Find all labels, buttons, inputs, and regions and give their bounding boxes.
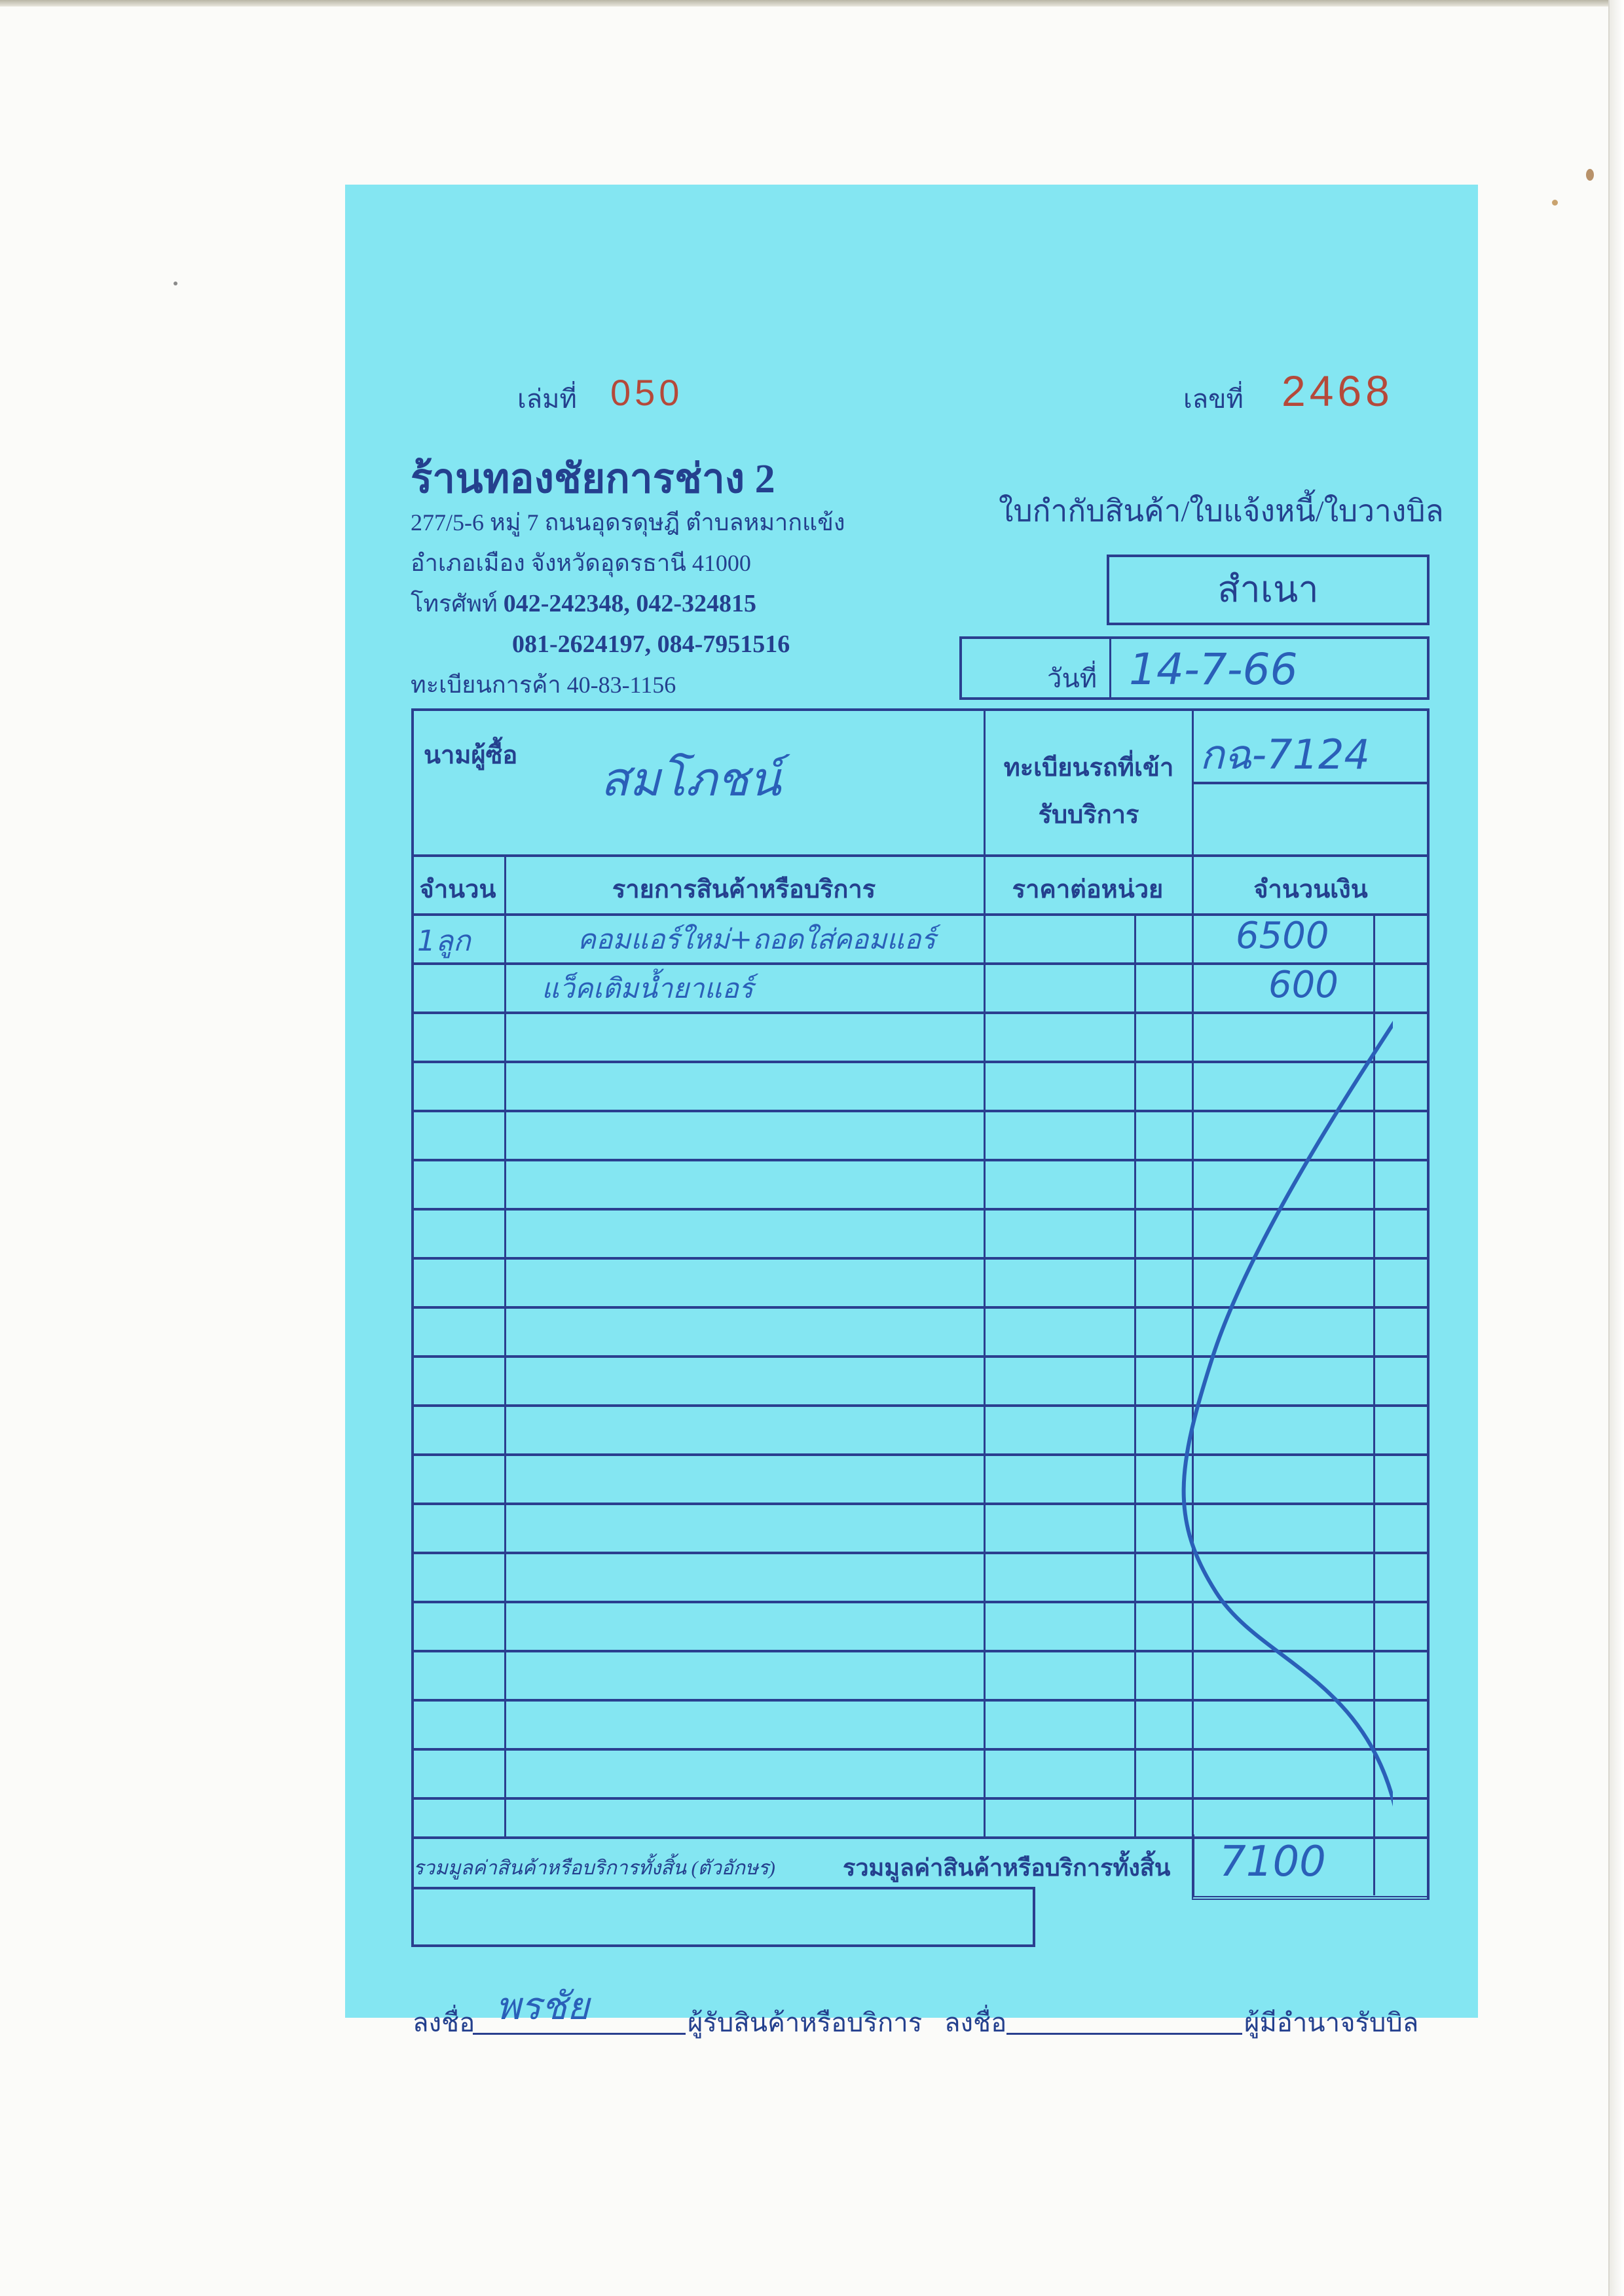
copy-type: สำเนา [1109,557,1427,623]
date-divider [1109,639,1111,698]
invoice-paper: เล่มที่ 050 เลขที่ 2468 ร้านทองชัยการช่า… [345,185,1478,2018]
sign-label-collector: ลงชื่อ [944,2001,1006,2043]
address-line-2: อำเภอเมือง จังหวัดอุดรธานี 41000 [411,543,845,583]
scan-speck [174,282,177,285]
scan-speck [1552,200,1558,206]
doc-number: 2468 [1282,366,1393,416]
sign-label-receiver: ลงชื่อ [413,2001,475,2043]
address-line-1: 277/5-6 หมู่ 7 ถนนอุดรดุษฎี ตำบลหมากแข้ง [411,502,845,543]
col-header-unit-price: ราคาต่อหน่วย [984,869,1192,909]
receiver-role: ผู้รับสินค้าหรือบริการ [688,2001,922,2043]
receiver-signature[interactable]: พรชัย [496,1975,589,2036]
document-title: ใบกำกับสินค้า/ใบแจ้งหนี้/ใบวางบิล [999,487,1444,535]
trade-reg-number: 40-83-1156 [567,672,676,698]
vehicle-label-2: รับบริการ [986,792,1192,839]
vehicle-label-1: ทะเบียนรถที่เข้า [986,744,1192,792]
scan-edge-right [1608,0,1624,2296]
phone-line-1: โทรศัพท์ 042-242348, 042-324815 [411,583,845,624]
collector-role: ผู้มีอำนาจรับบิล [1244,2001,1418,2043]
trade-reg-label: ทะเบียนการค้า [411,672,561,698]
row-description[interactable]: แว็คเติมน้ำยาแอร์ [542,967,753,1010]
buyer-label: นามผู้ซื้อ [424,735,517,774]
row-line [411,1011,1430,1014]
scan-edge-top [0,0,1624,7]
row-qty[interactable]: 1ลูก [417,918,471,964]
buyer-value[interactable]: สมโภชน์ [600,741,781,816]
col-divider-description [984,854,986,1836]
vehicle-label: ทะเบียนรถที่เข้า รับบริการ [986,744,1192,839]
book-label: เล่มที่ [517,378,577,420]
phones-1: 042-242348, 042-324815 [504,590,756,617]
date-label: วันที่ [1047,657,1097,699]
total-label: รวมมูลค่าสินค้าหรือบริการทั้งสิ้น [843,1849,1170,1886]
row-amount[interactable]: 600 [1268,964,1338,1006]
scan-speck [1586,169,1594,181]
total-value[interactable]: 7100 [1219,1838,1326,1886]
col-header-description: รายการสินค้าหรือบริการ [504,869,984,909]
cancel-stroke-mark [1065,1016,1393,1834]
col-header-qty: จำนวน [411,869,504,909]
copy-type-box: สำเนา [1107,555,1430,625]
total-words-label: รวมมูลค่าสินค้าหรือบริการทั้งสิ้น (ตัวอั… [413,1853,775,1884]
col-header-amount: จำนวนเงิน [1192,869,1430,909]
column-header-top-line [411,854,1430,857]
shop-name: ร้านทองชัยการช่าง 2 [411,446,775,511]
collector-signature-line[interactable] [1006,2033,1242,2035]
phone-label: โทรศัพท์ [411,591,498,617]
doc-number-label: เลขที่ [1183,378,1244,420]
date-value[interactable]: 14-7-66 [1129,644,1298,695]
vehicle-value[interactable]: กฉ-7124 [1200,723,1370,787]
shop-address: 277/5-6 หมู่ 7 ถนนอุดรดุษฎี ตำบลหมากแข้ง… [411,502,845,705]
trade-reg-line: ทะเบียนการค้า 40-83-1156 [411,665,845,705]
phone-line-2: 081-2624197, 084-7951516 [411,624,845,665]
total-words-box[interactable] [411,1887,1035,1947]
book-number: 050 [610,371,683,414]
col-divider-qty [504,854,506,1836]
row-amount[interactable]: 6500 [1236,915,1329,957]
phones-2: 081-2624197, 084-7951516 [512,630,790,658]
date-box: วันที่ 14-7-66 [959,636,1430,700]
row-description[interactable]: คอมแอร์ใหม่+ถอดใส่คอมแอร์ [578,918,936,961]
